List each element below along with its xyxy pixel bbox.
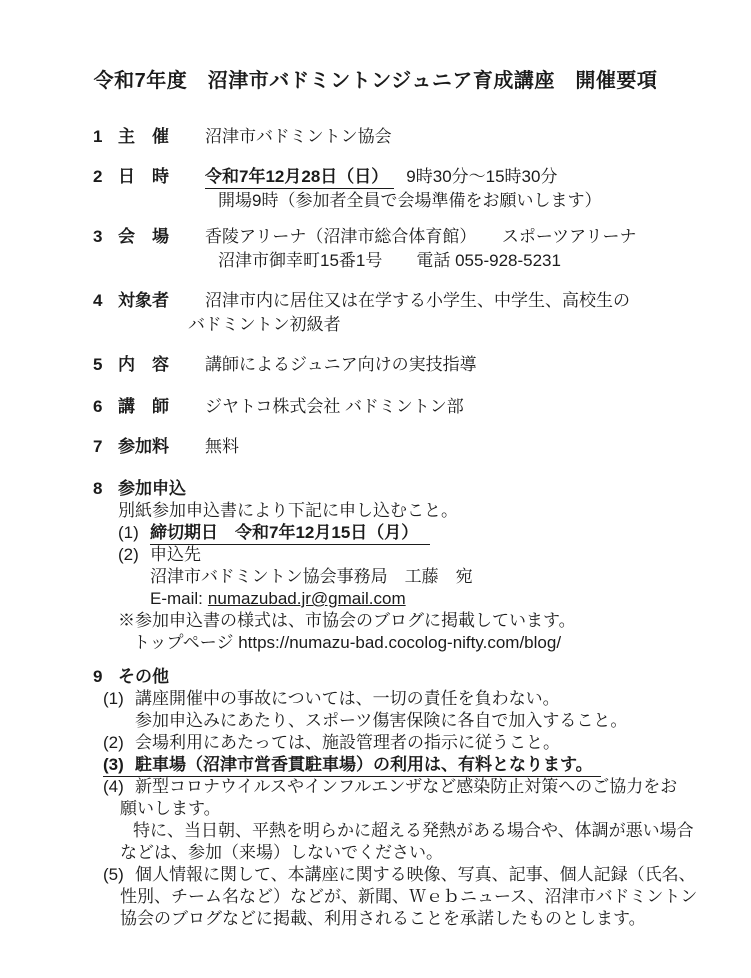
item-label: 講 師 [118, 396, 205, 418]
item-label: 参加料 [118, 436, 205, 458]
section-9-item-4-line4: などは、参加（来場）しないでください。 [120, 842, 443, 864]
item-value: ジヤトコ株式会社 バドミントン部 [205, 397, 464, 416]
section-number: 9 [93, 666, 118, 688]
apply-to-label: 申込先 [150, 545, 201, 564]
item-number: 7 [93, 436, 118, 458]
document-page: 令和7年度 沼津市バドミントンジュニア育成講座 開催要項 1主 催沼津市バドミン… [0, 0, 751, 978]
item-label: 対象者 [118, 290, 205, 312]
item-row-4: 4対象者沼津市内に居住又は在学する小学生、中学生、高校生の [93, 290, 630, 312]
item-row-3: 3会 場香陵アリーナ（沼津市総合体育館） スポーツアリーナ [93, 226, 636, 248]
section-9-item-5: (5)個人情報に関して、本講座に関する映像、写真、記事、個人記録（氏名、 [103, 864, 696, 886]
form-note: ※参加申込書の様式は、市協会のブログに掲載しています。 [118, 610, 576, 632]
item-number: 6 [93, 396, 118, 418]
section-heading: 参加申込 [118, 479, 186, 498]
item-row-7: 7参加料無料 [93, 436, 239, 458]
item-label: 日 時 [118, 166, 205, 188]
section-9-item-4-line3: 特に、当日朝、平熱を明らかに超える発熱がある場合や、体調が悪い場合 [133, 820, 694, 842]
list-marker: (2) [103, 732, 135, 754]
section-9-item-5-line3: 協会のブログなどに掲載、利用されることを承諾したものとします。 [120, 908, 646, 930]
list-marker: (1) [118, 522, 150, 544]
list-marker: (1) [103, 688, 135, 710]
item-number: 2 [93, 166, 118, 188]
list-item-text: 新型コロナウイルスやインフルエンザなど感染防止対策へのご協力をお [135, 777, 677, 796]
target-line2: バドミントン初級者 [188, 314, 341, 336]
list-marker: (5) [103, 864, 135, 886]
item-number: 3 [93, 226, 118, 248]
parking-notice: (3)駐車場（沼津市営香貫駐車場）の利用は、有料となります。 [103, 755, 601, 777]
email-label: E-mail: [150, 589, 203, 608]
item-label: 内 容 [118, 354, 205, 376]
item-value: 講師によるジュニア向けの実技指導 [205, 355, 477, 374]
section-9-item-3: (3)駐車場（沼津市営香貫駐車場）の利用は、有料となります。 [103, 754, 601, 777]
section-9-item-4: (4)新型コロナウイルスやインフルエンザなど感染防止対策へのご協力をお [103, 776, 677, 798]
venue-name: 香陵アリーナ（沼津市総合体育館） スポーツアリーナ [205, 227, 636, 246]
section-9-item-5-line2: 性別、チーム名など）などが、新聞、Ｗｅｂニュース、沼津市バドミントン [120, 886, 697, 908]
item-row-2-note: 開場9時（参加者全員で会場準備をお願いします） [218, 190, 601, 212]
section-8-intro: 別紙参加申込書により下記に申し込むこと。 [118, 500, 458, 522]
contact-line: 沼津市バドミントン協会事務局 工藤 宛 [150, 566, 473, 588]
section-9-item-1: (1)講座開催中の事故については、一切の責任を負わない。 [103, 688, 560, 710]
section-8-heading-row: 8参加申込 [93, 478, 186, 500]
item-row-5: 5内 容講師によるジュニア向けの実技指導 [93, 354, 477, 376]
section-9-item-4-line2: 願いします。 [120, 798, 221, 820]
item-row-6: 6講 師ジヤトコ株式会社 バドミントン部 [93, 396, 464, 418]
target-line1: 沼津市内に居住又は在学する小学生、中学生、高校生の [205, 291, 630, 310]
list-item-text: 講座開催中の事故については、一切の責任を負わない。 [135, 689, 560, 708]
section-9-heading-row: 9その他 [93, 666, 169, 688]
section-heading: その他 [118, 667, 169, 686]
item-number: 5 [93, 354, 118, 376]
section-9-item-2: (2)会場利用にあたっては、施設管理者の指示に従うこと。 [103, 732, 560, 754]
item-row-1: 1主 催沼津市バドミントン協会 [93, 126, 392, 148]
section-9-item-1-line2: 参加申込みにあたり、スポーツ傷害保険に各自で加入すること。 [135, 710, 627, 732]
list-marker: (2) [118, 544, 150, 566]
item-number: 1 [93, 126, 118, 148]
item-value: 無料 [205, 437, 239, 456]
blog-url: トップページ https://numazu-bad.cocolog-nifty.… [133, 632, 561, 654]
document-title: 令和7年度 沼津市バドミントンジュニア育成講座 開催要項 [0, 70, 751, 92]
deadline-text: 締切期日 令和7年12月15日（月） [150, 523, 430, 545]
list-marker: (3) [103, 755, 135, 775]
list-item-text: 駐車場（沼津市営香貫駐車場）の利用は、有料となります。 [135, 755, 593, 774]
email-line: E-mail:numazubad.jr@gmail.com [150, 588, 406, 610]
item-label: 会 場 [118, 226, 205, 248]
item-row-2: 2日 時令和7年12月28日（日）9時30分～15時30分 [93, 166, 557, 189]
item-value: 沼津市バドミントン協会 [205, 127, 392, 146]
item-number: 4 [93, 290, 118, 312]
list-marker: (4) [103, 776, 135, 798]
event-time: 9時30分～15時30分 [406, 167, 557, 186]
event-date: 令和7年12月28日（日） [205, 167, 394, 189]
section-8-item-2: (2)申込先 [118, 544, 201, 566]
list-item-text: 個人情報に関して、本講座に関する映像、写真、記事、個人記録（氏名、 [135, 865, 696, 884]
section-number: 8 [93, 478, 118, 500]
email-address: numazubad.jr@gmail.com [208, 589, 406, 608]
list-item-text: 会場利用にあたっては、施設管理者の指示に従うこと。 [135, 733, 560, 752]
venue-address: 沼津市御幸町15番1号 電話 055-928-5231 [218, 250, 561, 272]
item-label: 主 催 [118, 126, 205, 148]
section-8-item-1: (1)締切期日 令和7年12月15日（月） [118, 522, 430, 545]
